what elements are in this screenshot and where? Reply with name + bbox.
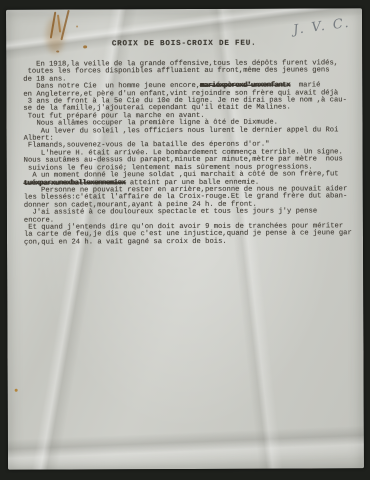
rust-stain-streak <box>50 12 57 39</box>
text-segment: çon,qui en 24 h. a vait gagné sa croix d… <box>24 238 227 247</box>
rust-stain-streak <box>57 14 61 32</box>
document-body: En 1918,la veille de la grande offensive… <box>23 60 360 247</box>
rust-stain-streak <box>60 10 69 40</box>
text-line: J'ai assisté à ce douloureux spectacle e… <box>24 208 360 217</box>
text-line: toutes les forces disponibles affluaient… <box>23 68 359 77</box>
text-segment: toutes les forces disponibles affluaient… <box>23 67 329 76</box>
scan-background: { "scan": { "background_color": "#1e201c… <box>0 0 370 480</box>
handwritten-initials: J. V. C. <box>292 14 365 38</box>
scanned-paper: J. V. C. CROIX DE BOIS-CROIX DE FEU. En … <box>6 8 364 470</box>
text-line: Au lever du soleil ,les officiers nous l… <box>24 127 360 136</box>
text-line: çon,qui en 24 h. a vait gagné sa croix d… <box>24 238 360 247</box>
rust-stain-dot <box>56 51 59 53</box>
rust-stain-dot <box>15 389 18 392</box>
rust-stain-dot <box>76 25 78 27</box>
text-segment: J'ai assisté à ce douloureux spectacle e… <box>24 208 317 217</box>
document-title: CROIX DE BOIS-CROIX DE FEU. <box>6 39 362 49</box>
text-segment: Au lever du soleil ,les officiers nous l… <box>24 126 339 135</box>
